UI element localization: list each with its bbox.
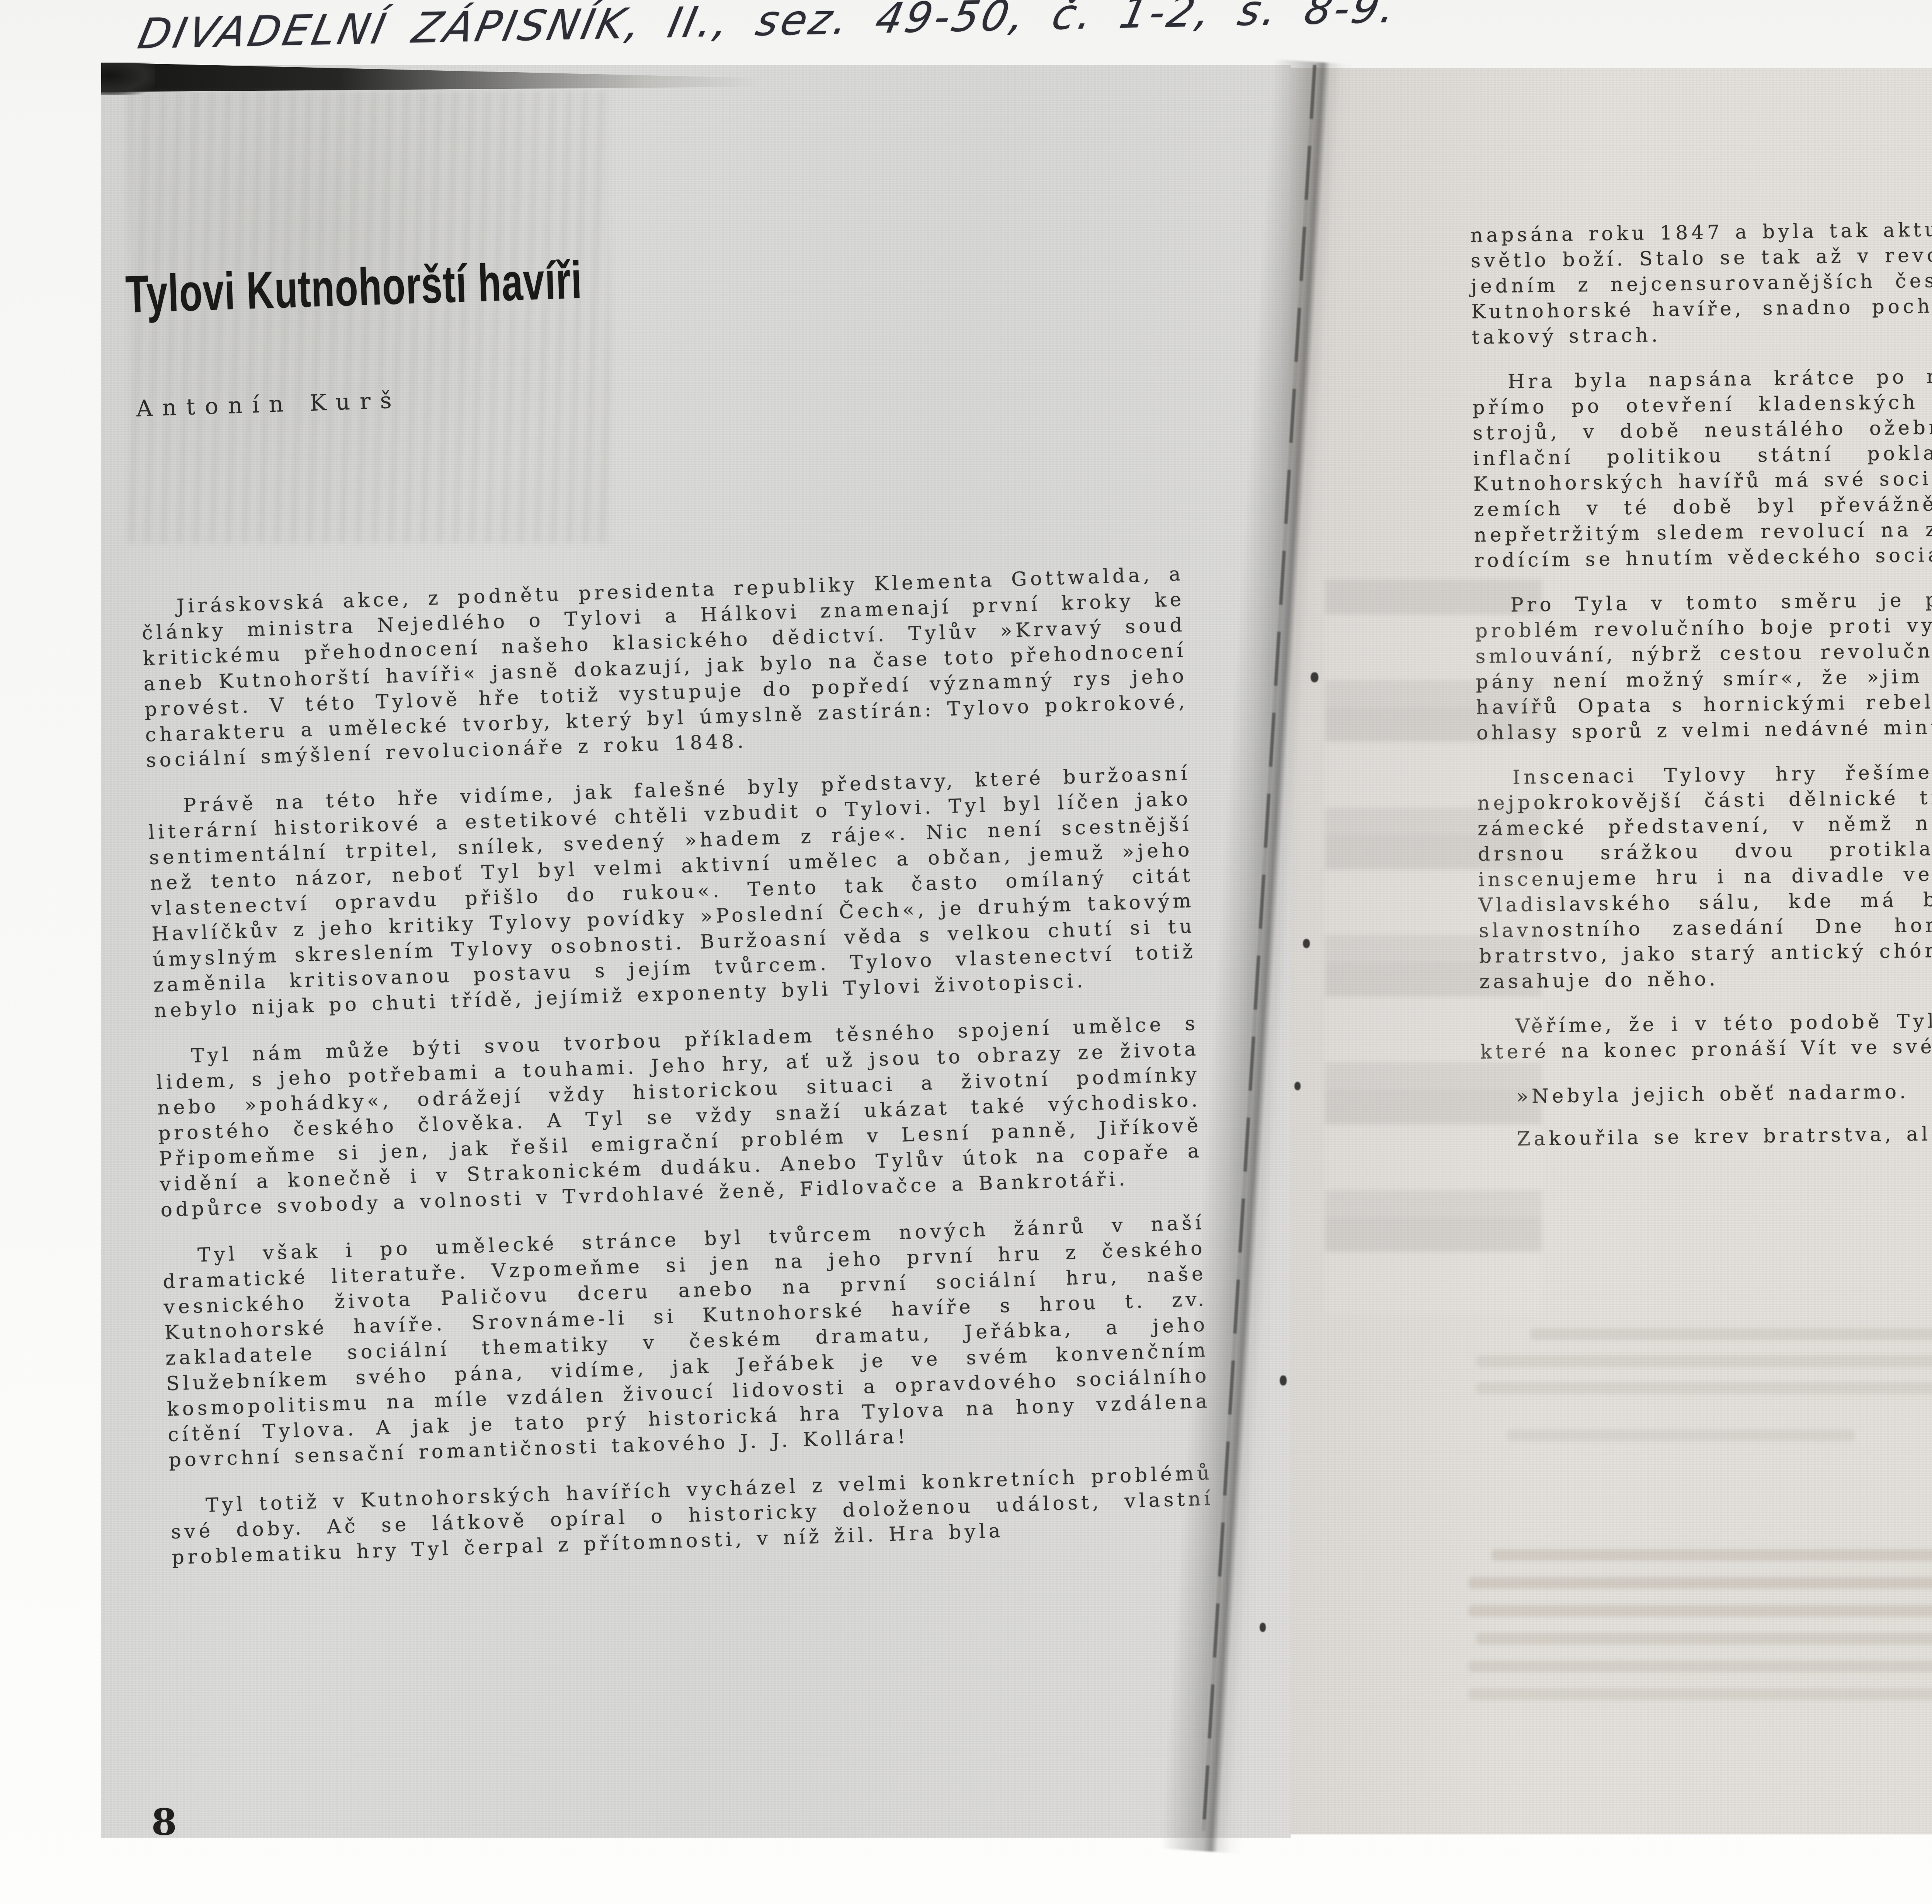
- staple-speck: [1303, 939, 1310, 948]
- staple-speck: [1294, 1082, 1301, 1090]
- paragraph: Jiráskovská akce, z podnětu presidenta r…: [141, 561, 1189, 773]
- right-page-content: napsána roku 1847 a byla tak aktuální, ž…: [1468, 56, 1932, 1768]
- paragraph: Tyl nám může býti svou tvorbou příkladem…: [155, 1011, 1204, 1223]
- paragraph: Tyl však i po umělecké stránce byl tvůrc…: [162, 1210, 1212, 1473]
- quote-line: Zakouřila se krev bratrstva, ale z toho …: [1481, 1114, 1932, 1152]
- right-paragraphs: napsána roku 1847 a byla tak aktuální, ž…: [1470, 210, 1932, 1065]
- article-title: Tylovi Kutnohorští havíři: [125, 250, 583, 325]
- right-text-column: napsána roku 1847 a byla tak aktuální, ž…: [1470, 210, 1932, 1152]
- paragraph: Tyl totiž v Kutnohorských havířích vychá…: [170, 1460, 1215, 1570]
- staple-speck: [1260, 1623, 1266, 1632]
- left-page-content: Tylovi Kutnohorští havíři Antonín Kurš J…: [124, 31, 1223, 1803]
- left-text-column: Jiráskovská akce, z podnětu presidenta r…: [141, 561, 1216, 1591]
- paragraph: Inscenaci Tylovy hry řešíme jako velké k…: [1477, 753, 1932, 994]
- article-author-byline: Antonín Kurš: [136, 387, 402, 422]
- closing-quote: »Nebyla jejich oběť nadarmo.Zakouřila se…: [1481, 1071, 1932, 1152]
- paragraph: napsána roku 1847 a byla tak aktuální, ž…: [1470, 210, 1932, 350]
- paragraph: Věříme, že i v této podobě Tylova hra vy…: [1480, 1001, 1932, 1064]
- quote-line: »Nebyla jejich oběť nadarmo.: [1481, 1071, 1932, 1109]
- paragraph: Právě na této hře vidíme, jak falešné by…: [147, 760, 1197, 1023]
- staple-speck: [1311, 672, 1318, 682]
- scanned-journal-spread: { "annotation": "DIVADELNÍ ZÁPISNÍK, II.…: [0, 0, 1932, 1904]
- page-number-left: 8: [151, 1801, 177, 1844]
- staple-speck: [1280, 1375, 1287, 1385]
- paragraph: Pro Tyla v tomto směru je příznačné, jak…: [1475, 580, 1932, 746]
- paragraph: Hra byla napsána krátce po rozšíření uhe…: [1472, 357, 1932, 573]
